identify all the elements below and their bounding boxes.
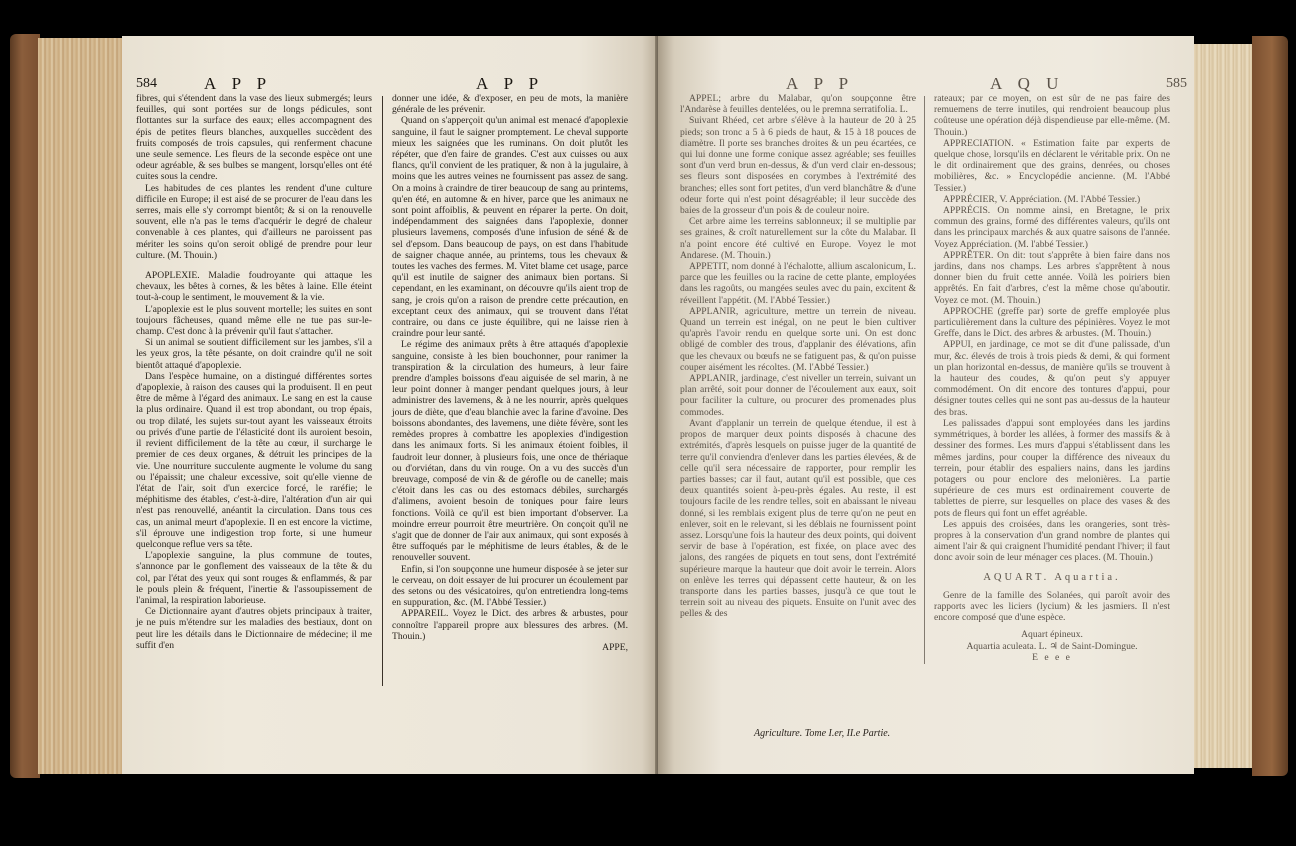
right-page-column-2: rateaux; par ce moyen, on est sûr de ne … bbox=[934, 93, 1170, 663]
column-divider bbox=[924, 96, 925, 664]
paragraph: Les habitudes de ces plantes les rendent… bbox=[136, 183, 372, 261]
paragraph: Les appuis des croisées, dans les orange… bbox=[934, 519, 1170, 564]
paragraph: Genre de la famille des Solanées, qui pa… bbox=[934, 590, 1170, 624]
entry-appreter: APPRÊTER. On dit: tout s'apprête à bien … bbox=[934, 250, 1170, 306]
entry-appel: APPEL; arbre du Malabar, qu'on soupçonne… bbox=[680, 93, 916, 115]
left-page-column-2: donner une idée, & d'exposer, en peu de … bbox=[392, 93, 628, 653]
entry-appareil: APPAREIL. Voyez le Dict. des arbres & ar… bbox=[392, 608, 628, 642]
paragraph: fibres, qui s'étendent dans la vase des … bbox=[136, 93, 372, 183]
paragraph: Quand on s'apperçoit qu'un animal est me… bbox=[392, 115, 628, 339]
entry-appui: APPUI, en jardinage, ce mot se dit d'une… bbox=[934, 339, 1170, 417]
page-number-right: 585 bbox=[1166, 76, 1187, 92]
column-divider bbox=[382, 96, 383, 686]
entry-apprecis: APPRÉCIS. On nomme ainsi, en Bretagne, l… bbox=[934, 205, 1170, 250]
page-edges-right bbox=[1194, 44, 1254, 768]
paragraph: L'apoplexie sanguine, la plus commune de… bbox=[136, 550, 372, 606]
entry-apoplexie: APOPLEXIE. Maladie foudroyante qui attaq… bbox=[136, 270, 372, 304]
paragraph: Suivant Rhéed, cet arbre s'élève à la ha… bbox=[680, 115, 916, 216]
paragraph: Ce Dictionnaire ayant d'autres objets pr… bbox=[136, 606, 372, 651]
entry-appetit: APPETIT, nom donné à l'échalotte, allium… bbox=[680, 261, 916, 306]
paragraph: Le régime des animaux prêts à être attaq… bbox=[392, 339, 628, 563]
paragraph: Les palissades d'appui sont employées da… bbox=[934, 418, 1170, 519]
paragraph: donner une idée, & d'exposer, en peu de … bbox=[392, 93, 628, 115]
right-page: A P P A Q U 585 APPEL; arbre du Malabar,… bbox=[658, 36, 1194, 774]
paragraph: rateaux; par ce moyen, on est sûr de ne … bbox=[934, 93, 1170, 138]
entry-appreciation: APPRECIATION. « Estimation faite par exp… bbox=[934, 138, 1170, 194]
right-page-column-1: APPEL; arbre du Malabar, qu'on soupçonne… bbox=[680, 93, 916, 620]
paragraph: Avant d'applanir un terrein de quelque é… bbox=[680, 418, 916, 620]
paragraph: Enfin, si l'on soupçonne une humeur disp… bbox=[392, 564, 628, 609]
running-head-left-col1: A P P bbox=[204, 74, 272, 94]
entry-approche: APPROCHE (greffe par) sorte de greffe em… bbox=[934, 306, 1170, 340]
species-latin: Aquartia aculeata. L. ♃ de Saint-Domingu… bbox=[934, 641, 1170, 652]
species-name: Aquart épineux. bbox=[934, 629, 1170, 640]
signature-mark: E e e e bbox=[934, 652, 1170, 663]
paragraph: Si un animal se soutient difficilement s… bbox=[136, 337, 372, 371]
page-footer: Agriculture. Tome I.er, II.e Partie. bbox=[754, 728, 890, 739]
section-title-aquart: AQUART. Aquartia. bbox=[934, 572, 1170, 583]
page-edges-left bbox=[38, 38, 130, 774]
running-head-left-col2: A P P bbox=[476, 74, 544, 94]
catchword: APPE, bbox=[392, 642, 628, 653]
running-head-right-col2: A Q U bbox=[990, 74, 1064, 94]
page-number-left: 584 bbox=[136, 76, 157, 92]
book-cover-right bbox=[1252, 36, 1288, 776]
left-page: 584 A P P A P P fibres, qui s'étendent d… bbox=[122, 36, 658, 774]
book-cover-left bbox=[10, 34, 40, 778]
entry-applanir-jardinage: APPLANIR, jardinage, c'est niveller un t… bbox=[680, 373, 916, 418]
paragraph: Cet arbre aime les terreins sablonneux; … bbox=[680, 216, 916, 261]
paragraph: Dans l'espèce humaine, on a distingué di… bbox=[136, 371, 372, 550]
book-spread: 584 A P P A P P fibres, qui s'étendent d… bbox=[10, 34, 1288, 778]
left-page-column-1: fibres, qui s'étendent dans la vase des … bbox=[136, 93, 372, 651]
paragraph: L'apoplexie est le plus souvent mortelle… bbox=[136, 304, 372, 338]
running-head-right-col1: A P P bbox=[786, 74, 854, 94]
entry-applanir-agriculture: APPLANIR, agriculture, mettre un terrein… bbox=[680, 306, 916, 373]
entry-apprecier: APPRÉCIER, V. Appréciation. (M. l'Abbé T… bbox=[934, 194, 1170, 205]
